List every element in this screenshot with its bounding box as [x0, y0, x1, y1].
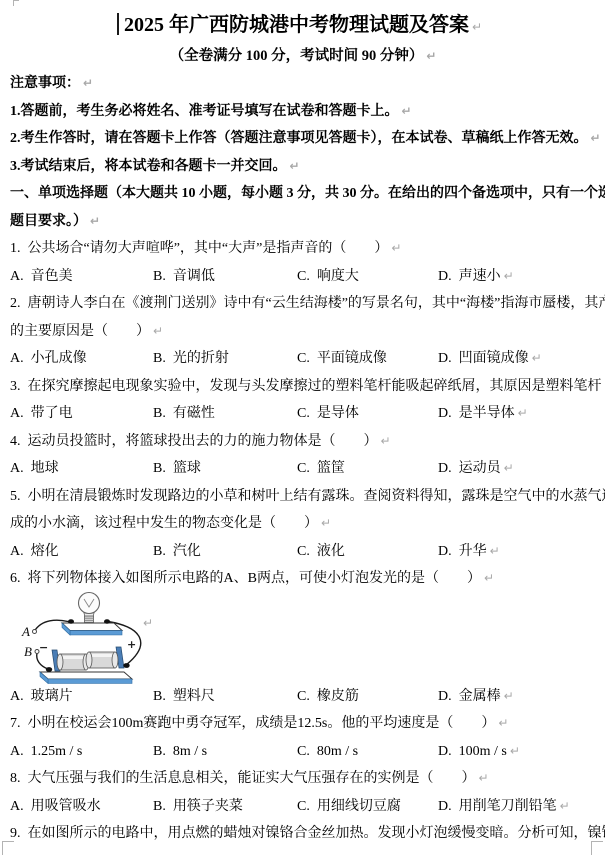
text-boundary-mark-bottom-right	[591, 841, 603, 855]
question-4-text: 4. 运动员投篮时，将篮球投出去的力的施力物体是（ ）↵	[10, 428, 596, 456]
question-text: 4. 运动员投篮时，将篮球投出去的力的施力物体是（ ）	[10, 434, 378, 449]
question-7-text: 7. 小明在校运会100m赛跑中勇夺冠军，成绩是12.5s。他的平均速度是（ ）…	[10, 710, 596, 738]
option-d-text: D. 声速小	[438, 269, 501, 284]
battery-terminal-right	[123, 663, 129, 668]
notice-header: 注意事项：	[10, 76, 80, 91]
option-b: B. 光的折射	[153, 345, 297, 373]
option-d-text: D. 100m / s	[438, 744, 507, 759]
question-6-text: 6. 将下列物体接入如图所示电路的A、B两点，可使小灯泡发光的是（ ）↵	[10, 565, 596, 593]
bulb-globe	[79, 592, 100, 613]
question-text: 成的小水滴，该过程中发生的物态变化是（ ）	[10, 516, 318, 531]
wire-b-to-battery	[37, 653, 48, 669]
question-text: 8. 大气压强与我们的生活息息相关，能证实大气压强存在的实例是（ ）	[10, 771, 476, 786]
option-b: B. 汽化	[153, 538, 297, 566]
option-c: C. 液化	[297, 538, 438, 566]
pilcrow-mark: ↵	[479, 771, 489, 785]
question-text: 7. 小明在校运会100m赛跑中勇夺冠军，成绩是12.5s。他的平均速度是（ ）	[10, 716, 495, 731]
option-b: B. 用筷子夹菜	[153, 793, 297, 821]
subtitle-row: （全卷满分 100 分，考试时间 90 分钟）↵	[10, 42, 596, 70]
question-6-options: A. 玻璃片 B. 塑料尺 C. 橡皮筋 D. 金属棒↵	[10, 683, 596, 711]
pilcrow-mark: ↵	[321, 516, 331, 530]
option-c: C. 响度大	[297, 263, 438, 291]
notice-item-3: 3.考试结束后，将本试卷和各题卡一并交回。↵	[10, 153, 596, 181]
question-8-options: A. 用吸管吸水 B. 用筷子夹菜 C. 用细线切豆腐 D. 用削笔刀削铅笔↵	[10, 793, 596, 821]
text-cursor	[117, 13, 119, 35]
question-text: 3. 在探究摩擦起电现象实验中，发现与头发摩擦过的塑料笔杆能吸起碎纸屑，其原因是…	[10, 379, 605, 394]
option-a: A. 1.25m / s	[10, 738, 153, 766]
notice-text: 1.答题前，考生务必将姓名、准考证号填写在试卷和答题卡上。	[10, 104, 399, 119]
pilcrow-mark: ↵	[83, 76, 93, 90]
question-5-text-line-2: 成的小水滴，该过程中发生的物态变化是（ ）↵	[10, 510, 596, 538]
notice-header-row: 注意事项：↵	[10, 70, 596, 98]
option-d: D. 声速小↵	[438, 263, 596, 291]
plus-sign: +	[127, 638, 136, 651]
question-8-text: 8. 大气压强与我们的生活息息相关，能证实大气压强存在的实例是（ ）↵	[10, 765, 596, 793]
option-b: B. 8m / s	[153, 738, 297, 766]
question-2-text-line-1: 2. 唐朝诗人李白在《渡荆门送别》诗中有“云生结海楼”的写景名句，其中“海楼”指…	[10, 290, 596, 318]
notice-item-1: 1.答题前，考生务必将姓名、准考证号填写在试卷和答题卡上。↵	[10, 98, 596, 126]
notice-text: 3.考试结束后，将本试卷和各题卡一并交回。	[10, 159, 287, 174]
question-text: 6. 将下列物体接入如图所示电路的A、B两点，可使小灯泡发光的是（ ）	[10, 571, 481, 586]
question-1-options: A. 音色美 B. 音调低 C. 响度大 D. 声速小↵	[10, 263, 596, 291]
option-b: B. 有磁性	[153, 400, 297, 428]
text-boundary-mark-bottom-left	[2, 841, 14, 855]
option-d: D. 凹面镜成像↵	[438, 345, 596, 373]
pilcrow-mark: ↵	[484, 571, 494, 585]
option-a: A. 小孔成像	[10, 345, 153, 373]
option-c: C. 80m / s	[297, 738, 438, 766]
battery-base-front	[48, 679, 132, 684]
terminal-a	[33, 629, 37, 633]
pilcrow-mark: ↵	[591, 131, 601, 145]
question-text: 2. 唐朝诗人李白在《渡荆门送别》诗中有“云生结海楼”的写景名句，其中“海楼”指…	[10, 296, 605, 311]
bulb-base-top	[62, 623, 122, 631]
pilcrow-mark: ↵	[426, 49, 436, 63]
pilcrow-mark: ↵	[90, 214, 100, 228]
option-d-text: D. 凹面镜成像	[438, 351, 529, 366]
minus-sign: −	[39, 641, 48, 654]
option-a: A. 音色美	[10, 263, 153, 291]
battery-terminal-left	[46, 667, 52, 672]
option-d: D. 用削笔刀削铅笔↵	[438, 793, 596, 821]
question-1-text: 1. 公共场合“请勿大声喧哗”，其中“大声”是指声音的（ ）↵	[10, 235, 596, 263]
option-c: C. 橡皮筋	[297, 683, 438, 711]
option-a: A. 玻璃片	[10, 683, 153, 711]
question-7-options: A. 1.25m / s B. 8m / s C. 80m / s D. 100…	[10, 738, 596, 766]
section-header-line-2: 题目要求。）↵	[10, 208, 596, 236]
section-header-text: 题目要求。）	[10, 214, 87, 229]
terminal-b-label: B	[24, 644, 32, 659]
option-d: D. 金属棒↵	[438, 683, 596, 711]
option-a: A. 熔化	[10, 538, 153, 566]
pilcrow-mark: ↵	[532, 351, 542, 365]
pilcrow-mark: ↵	[472, 20, 482, 34]
option-d-text: D. 是半导体	[438, 406, 515, 421]
text-boundary-mark-top-left	[13, 0, 19, 6]
battery-base-top	[40, 672, 132, 679]
option-d: D. 升华↵	[438, 538, 596, 566]
question-text: 5. 小明在清晨锻炼时发现路边的小草和树叶上结有露珠。查阅资料得知，露珠是空气中…	[10, 489, 605, 504]
section-header-text: 一、单项选择题（本大题共 10 小题，每小题 3 分，共 30 分。在给出的四个…	[10, 186, 605, 201]
notice-item-2: 2.考生作答时，请在答题卡上作答（答题注意事项见答题卡），在本试卷、草稿纸上作答…	[10, 125, 596, 153]
option-c: C. 篮筐	[297, 455, 438, 483]
option-c: C. 是导体	[297, 400, 438, 428]
option-d: D. 是半导体↵	[438, 400, 596, 428]
notice-text: 2.考生作答时，请在答题卡上作答（答题注意事项见答题卡），在本试卷、草稿纸上作答…	[10, 131, 588, 146]
option-d-text: D. 用削笔刀削铅笔	[438, 799, 557, 814]
option-a: A. 带了电	[10, 400, 153, 428]
question-4-options: A. 地球 B. 篮球 C. 篮筐 D. 运动员↵	[10, 455, 596, 483]
pilcrow-mark: ↵	[504, 689, 514, 703]
question-9-text: 9. 在如图所示的电路中，用点燃的蜡烛对镍铬合金丝加热。发现小灯泡缓慢变暗。分析…	[10, 820, 596, 848]
option-b: B. 篮球	[153, 455, 297, 483]
option-d: D. 100m / s↵	[438, 738, 596, 766]
bulb-terminal-right	[104, 619, 110, 624]
pilcrow-mark: ↵	[391, 241, 401, 255]
question-text: 9. 在如图所示的电路中，用点燃的蜡烛对镍铬合金丝加热。发现小灯泡缓慢变暗。分析…	[10, 826, 605, 841]
pilcrow-mark: ↵	[143, 616, 153, 630]
question-3-text: 3. 在探究摩擦起电现象实验中，发现与头发摩擦过的塑料笔杆能吸起碎纸屑，其原因是…	[10, 373, 596, 401]
pilcrow-mark: ↵	[518, 406, 528, 420]
bulb-screw-base	[85, 616, 94, 623]
pilcrow-mark: ↵	[560, 799, 570, 813]
bulb-terminal-left	[68, 619, 74, 624]
option-d-text: D. 运动员	[438, 461, 501, 476]
section-header-line-1: 一、单项选择题（本大题共 10 小题，每小题 3 分，共 30 分。在给出的四个…	[10, 180, 596, 208]
option-d: D. 运动员↵	[438, 455, 596, 483]
pilcrow-mark: ↵	[510, 744, 520, 758]
question-text: 的主要原因是（ ）	[10, 324, 150, 339]
circuit-figure: A B	[10, 590, 596, 683]
question-5-text-line-1: 5. 小明在清晨锻炼时发现路边的小草和树叶上结有露珠。查阅资料得知，露珠是空气中…	[10, 483, 596, 511]
circuit-diagram: A B	[10, 590, 182, 686]
option-a: A. 地球	[10, 455, 153, 483]
pilcrow-mark: ↵	[290, 159, 300, 173]
option-a: A. 用吸管吸水	[10, 793, 153, 821]
question-text: 1. 公共场合“请勿大声喧哗”，其中“大声”是指声音的（ ）	[10, 241, 388, 256]
terminal-a-label: A	[21, 624, 30, 639]
option-d-text: D. 升华	[438, 544, 487, 559]
pilcrow-mark: ↵	[381, 434, 391, 448]
title-row: 2025 年广西防城港中考物理试题及答案↵	[10, 10, 596, 42]
exam-document-page[interactable]: 2025 年广西防城港中考物理试题及答案↵ （全卷满分 100 分，考试时间 9…	[0, 0, 605, 855]
option-d-text: D. 金属棒	[438, 689, 501, 704]
option-c: C. 用细线切豆腐	[297, 793, 438, 821]
bulb-base-front	[70, 630, 122, 635]
pilcrow-mark: ↵	[402, 104, 412, 118]
pilcrow-mark: ↵	[504, 461, 514, 475]
option-c: C. 平面镜成像	[297, 345, 438, 373]
question-5-options: A. 熔化 B. 汽化 C. 液化 D. 升华↵	[10, 538, 596, 566]
pilcrow-mark: ↵	[490, 544, 500, 558]
document-content: 2025 年广西防城港中考物理试题及答案↵ （全卷满分 100 分，考试时间 9…	[0, 0, 605, 848]
question-2-options: A. 小孔成像 B. 光的折射 C. 平面镜成像 D. 凹面镜成像↵	[10, 345, 596, 373]
question-3-options: A. 带了电 B. 有磁性 C. 是导体 D. 是半导体↵	[10, 400, 596, 428]
subtitle: （全卷满分 100 分，考试时间 90 分钟）	[170, 48, 424, 64]
option-b: B. 音调低	[153, 263, 297, 291]
pilcrow-mark: ↵	[153, 324, 163, 338]
pilcrow-mark: ↵	[498, 716, 508, 730]
page-title: 2025 年广西防城港中考物理试题及答案	[124, 14, 469, 36]
pilcrow-mark: ↵	[504, 269, 514, 283]
option-b: B. 塑料尺	[153, 683, 297, 711]
question-2-text-line-2: 的主要原因是（ ）↵	[10, 318, 596, 346]
